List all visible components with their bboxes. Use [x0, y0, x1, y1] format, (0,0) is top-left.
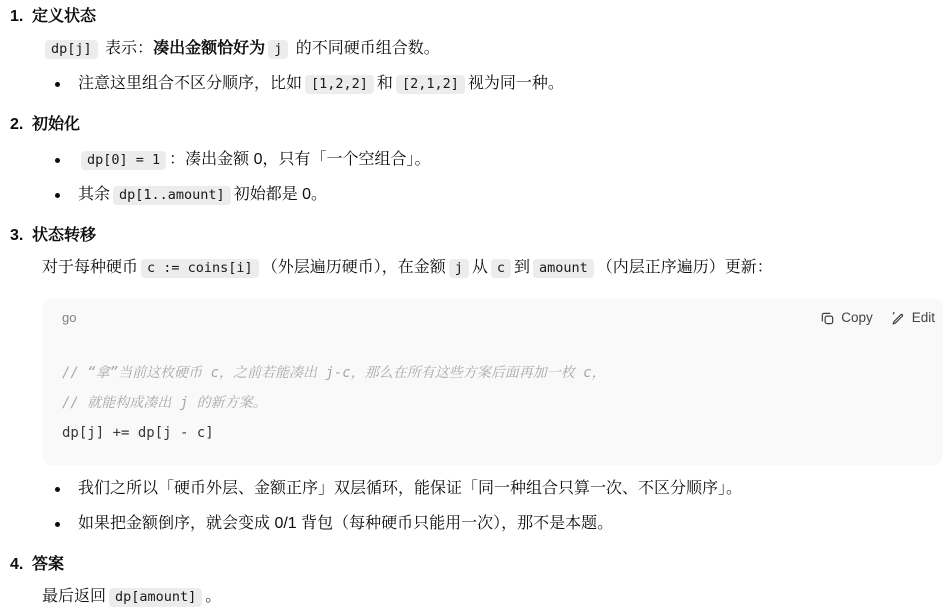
list-number: 4.: [10, 551, 32, 613]
list-item-4: 4. 答案 最后返回dp[amount]。: [10, 551, 943, 613]
list-number: 2.: [10, 111, 32, 216]
inline-code: c := coins[i]: [141, 259, 259, 278]
bullet-list: 我们之所以「硬币外层、金额正序」双层循环，能保证「同一种组合只算一次、不区分顺序…: [42, 475, 943, 538]
inline-code: [2,1,2]: [396, 75, 465, 94]
code-block-header: go Copy Edit: [42, 298, 943, 328]
list-item: dp[0] = 1：凑出金额 0，只有「一个空组合」。: [42, 146, 943, 174]
list-item: 其余dp[1..amount]初始都是 0。: [42, 181, 943, 209]
inline-code: c: [491, 259, 511, 278]
text: ：凑出金额 0，只有「一个空组合」。: [169, 151, 430, 168]
code-comment-line-2: // 就能构成凑出 j 的新方案。: [62, 395, 267, 411]
code-content: // “拿”当前这枚硬币 c，之前若能凑出 j-c，那么在所有这些方案后面再加一…: [42, 328, 943, 465]
bold-text: 凑出金额恰好为: [153, 40, 265, 57]
inline-code: j: [449, 259, 469, 278]
code-comment-line-1: // “拿”当前这枚硬币 c，之前若能凑出 j-c，那么在所有这些方案后面再加一…: [62, 365, 606, 381]
inline-code: dp[j]: [45, 40, 98, 59]
text: （外层遍历硬币），在金额: [262, 259, 446, 276]
text: 。: [205, 588, 221, 605]
inline-code: dp[0] = 1: [81, 151, 166, 170]
code-block: go Copy Edit // “拿”当前这枚硬币 c，之前若能凑出 j-c，那…: [42, 298, 943, 465]
text: 到: [514, 259, 530, 276]
copy-button-label: Copy: [841, 308, 873, 328]
list-item-3: 3. 状态转移 对于每种硬币c := coins[i]（外层遍历硬币），在金额j…: [10, 222, 943, 545]
section-title-answer: 答案: [32, 551, 943, 579]
list-item-1: 1. 定义状态 dp[j] 表示：凑出金额恰好为j 的不同硬币组合数。 注意这里…: [10, 3, 943, 105]
text: 表示：: [101, 40, 153, 57]
text: 和: [377, 75, 393, 92]
markdown-answer: 1. 定义状态 dp[j] 表示：凑出金额恰好为j 的不同硬币组合数。 注意这里…: [10, 3, 943, 613]
copy-button[interactable]: Copy: [820, 308, 873, 328]
text: 初始都是 0。: [234, 186, 327, 203]
text: 注意这里组合不区分顺序，比如: [78, 75, 302, 92]
paragraph: 最后返回dp[amount]。: [42, 583, 943, 611]
edit-button-label: Edit: [912, 308, 935, 328]
bullet-list: dp[0] = 1：凑出金额 0，只有「一个空组合」。 其余dp[1..amou…: [42, 146, 943, 209]
inline-code: j: [268, 40, 288, 59]
text: （内层正序遍历）更新：: [597, 259, 773, 276]
text: 对于每种硬币: [42, 259, 138, 276]
inline-code: amount: [533, 259, 594, 278]
text: 的不同硬币组合数。: [291, 40, 439, 57]
edit-button[interactable]: Edit: [891, 308, 935, 328]
list-item: 如果把金额倒序，就会变成 0/1 背包（每种硬币只能用一次），那不是本题。: [42, 510, 943, 538]
paragraph: 对于每种硬币c := coins[i]（外层遍历硬币），在金额j从c到amoun…: [42, 254, 943, 282]
text: 我们之所以「硬币外层、金额正序」双层循环，能保证「同一种组合只算一次、不区分顺序…: [78, 480, 742, 497]
paragraph: dp[j] 表示：凑出金额恰好为j 的不同硬币组合数。: [42, 35, 943, 63]
text: 最后返回: [42, 588, 106, 605]
inline-code: [1,2,2]: [305, 75, 374, 94]
section-title-init: 初始化: [32, 111, 943, 139]
bullet-list: 注意这里组合不区分顺序，比如[1,2,2]和[2,1,2]视为同一种。: [42, 70, 943, 98]
section-title-transition: 状态转移: [32, 222, 943, 250]
code-line: dp[j] += dp[j - c]: [62, 425, 214, 441]
list-number: 1.: [10, 3, 32, 105]
text: 其余: [78, 186, 110, 203]
text: 视为同一种。: [468, 75, 564, 92]
list-item: 注意这里组合不区分顺序，比如[1,2,2]和[2,1,2]视为同一种。: [42, 70, 943, 98]
list-number: 3.: [10, 222, 32, 545]
copy-icon: [820, 311, 835, 326]
list-item-2: 2. 初始化 dp[0] = 1：凑出金额 0，只有「一个空组合」。 其余dp[…: [10, 111, 943, 216]
inline-code: dp[amount]: [109, 588, 202, 607]
code-language-label: go: [62, 308, 76, 328]
list-item: 我们之所以「硬币外层、金额正序」双层循环，能保证「同一种组合只算一次、不区分顺序…: [42, 475, 943, 503]
edit-pencil-icon: [891, 311, 906, 326]
section-title-define-state: 定义状态: [32, 3, 943, 31]
inline-code: dp[1..amount]: [113, 186, 231, 205]
code-actions: Copy Edit: [820, 308, 935, 328]
text: 从: [472, 259, 488, 276]
text: 如果把金额倒序，就会变成 0/1 背包（每种硬币只能用一次），那不是本题。: [78, 515, 613, 532]
